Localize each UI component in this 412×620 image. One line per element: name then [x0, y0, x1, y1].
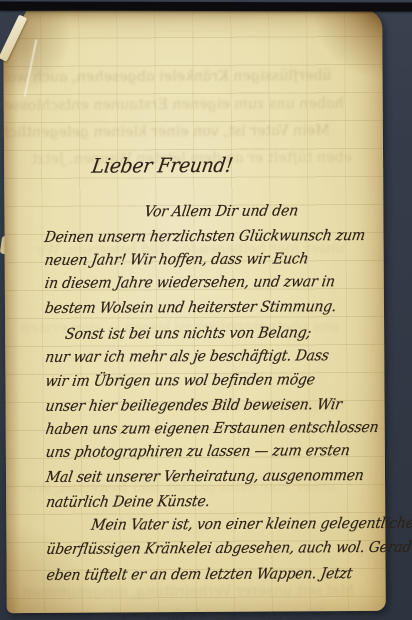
bleed-through-line: überflüssigen Kränkelei abgesehen, auch … — [0, 66, 333, 86]
letter-line: überflüssigen Kränkelei abgesehen, auch … — [45, 538, 412, 559]
bleed-through-line: Mein Vater ist, von einer kleinen gelege… — [0, 121, 331, 141]
letter-line: bestem Wolsein und heiterster Stimmung. — [44, 298, 338, 319]
grid-lines — [3, 9, 386, 613]
letter-text-layer: Lieber Freund!Vor Allem Dir und denDeine… — [3, 9, 386, 613]
bleed-through-line: Mal seit unserer Verheiratung, ausgenomm… — [21, 581, 356, 601]
bleed-through-line: wir im Übrigen uns wol befinden möge — [92, 605, 376, 620]
salutation-line: Lieber Freund! — [90, 153, 234, 178]
letter-line: in diesem Jahre wiedersehen, und zwar in — [43, 272, 336, 293]
letter-line: Mal seit unserer Verheiratung, ausgenomm… — [45, 466, 365, 487]
bleed-through-line: uns photographiren zu lassen — zum erste… — [20, 317, 341, 337]
letter-paper: überflüssigen Kränkelei abgesehen, auch … — [3, 9, 386, 613]
photo-frame: überflüssigen Kränkelei abgesehen, auch … — [0, 0, 412, 620]
tear-crease — [24, 39, 38, 96]
bleed-through-line: unser hier beiliegendes Bild beweisen. W… — [24, 477, 337, 497]
letter-line: Deinen unsern herzlichsten Glückwunsch z… — [43, 226, 366, 247]
bleed-through-layer: überflüssigen Kränkelei abgesehen, auch … — [3, 9, 386, 613]
letter-line: Mein Vater ist, von einer kleinen gelege… — [90, 514, 412, 535]
bleed-through-line: haben uns zum eigenen Erstaunen entschlo… — [0, 94, 345, 114]
letter-line: Vor Allem Dir und den — [143, 201, 299, 221]
bleed-through-line: natürlich Deine Künste. — [173, 397, 347, 416]
letter-line: natürlich Deine Künste. — [45, 492, 211, 512]
letter-line: wir im Übrigen uns wol befinden möge — [44, 370, 316, 391]
edge-toning — [3, 9, 386, 613]
corner-stain — [272, 9, 383, 140]
letter-line: neuen Jahr! Wir hoffen, dass wir Euch — [43, 249, 309, 270]
bleed-through-line: unser hier beiliegendes Bild beweisen. W… — [33, 239, 346, 259]
letter-line: unser hier beiliegendes Bild beweisen. W… — [44, 395, 343, 416]
letter-line: Sonst ist bei uns nichts von Belang; — [64, 323, 313, 344]
letter-line: uns photographiren zu lassen — zum erste… — [44, 441, 351, 462]
letter-line: eben tüftelt er an dem letzten Wappen. J… — [45, 564, 353, 585]
mat-edge-bar — [0, 1, 412, 11]
letter-line: haben uns zum eigenen Erstaunen entschlo… — [44, 418, 380, 439]
bleed-through-line: eben tüftelt er an dem letzten Wappen. J… — [30, 148, 353, 168]
letter-line: nur war ich mehr als je beschäftigt. Das… — [44, 346, 330, 367]
